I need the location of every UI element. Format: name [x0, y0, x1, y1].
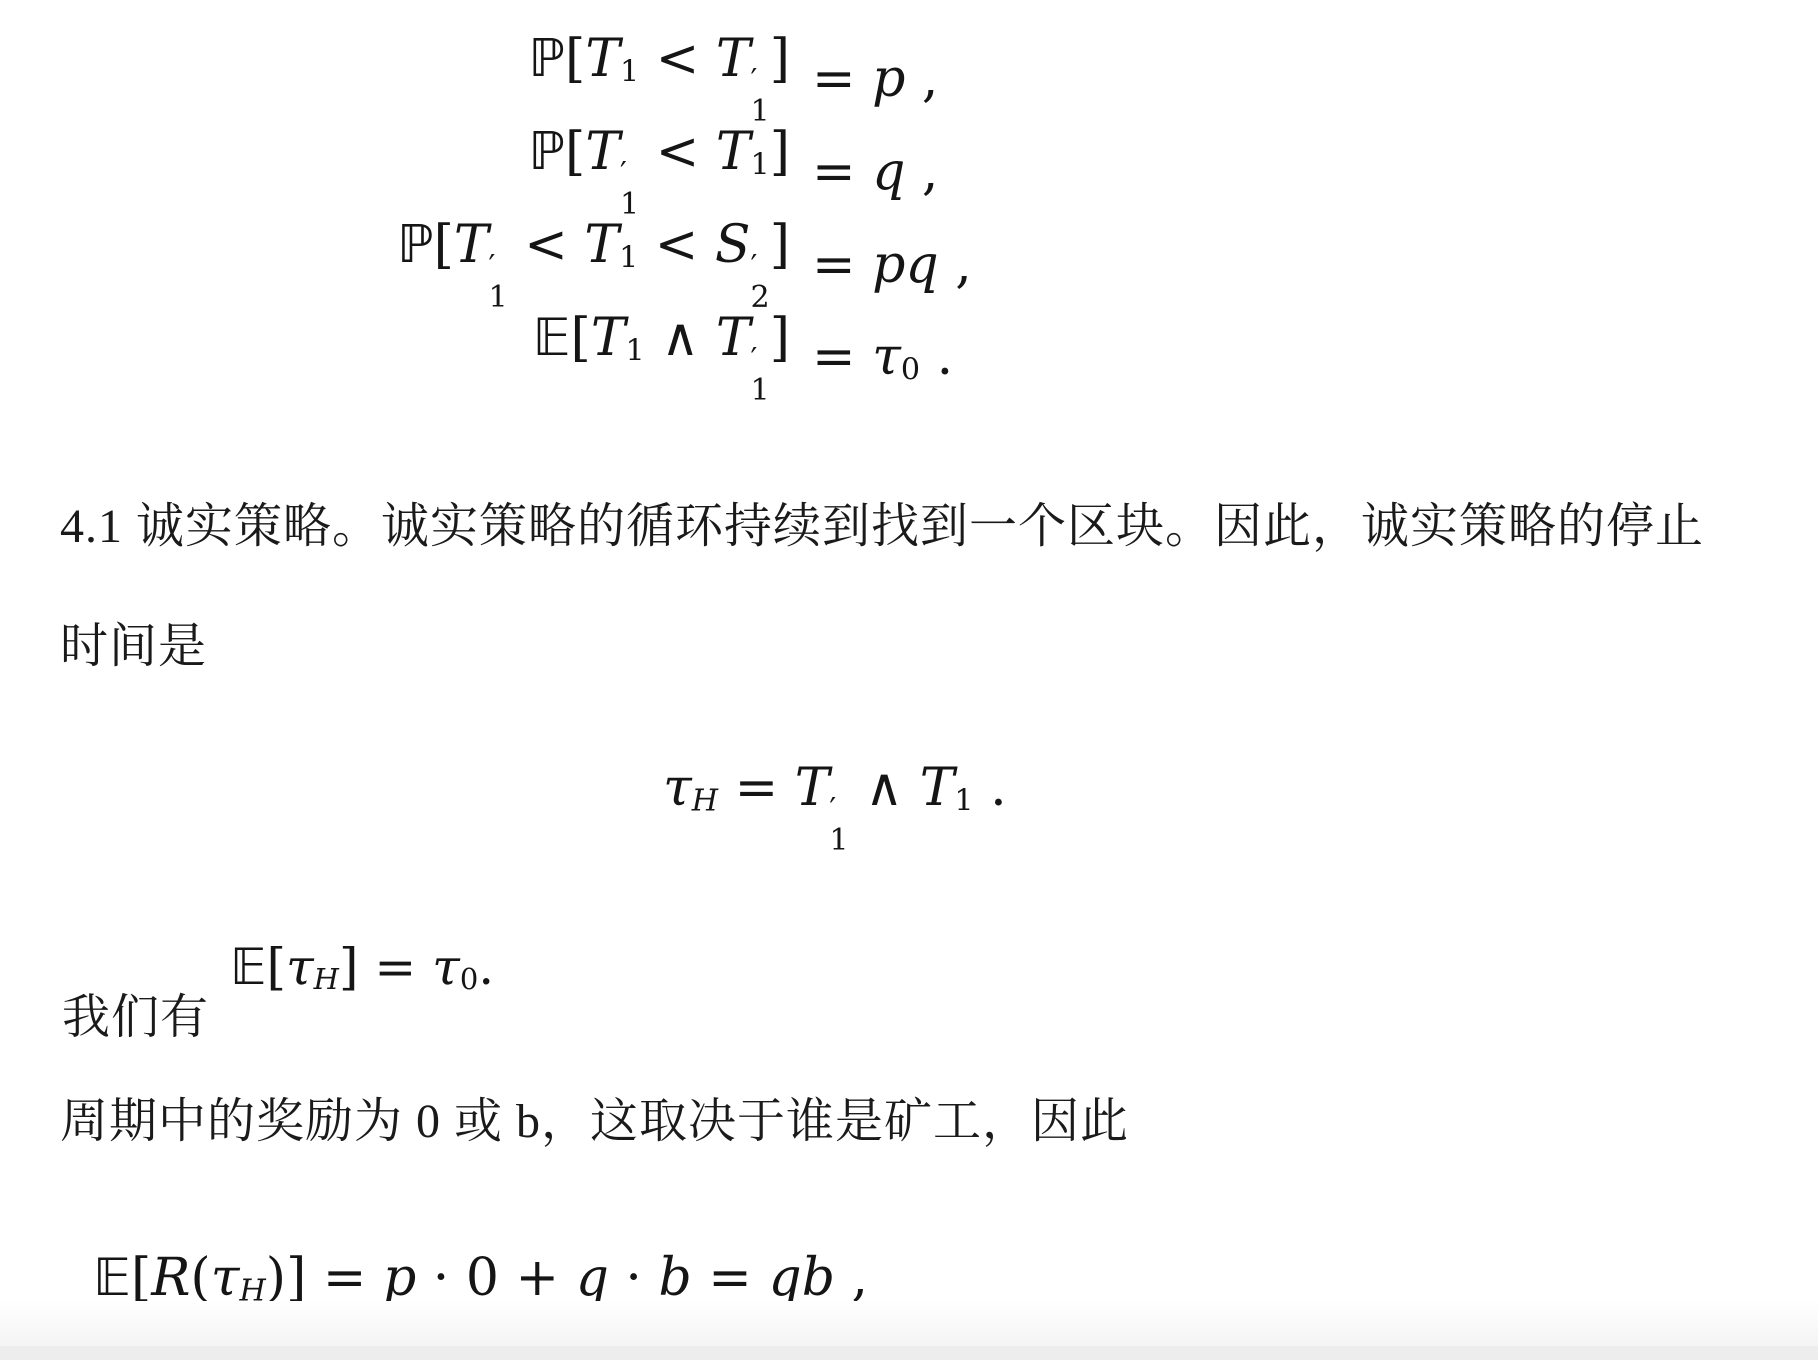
bottom-fade	[0, 1301, 1818, 1346]
probability-equations-block: ℙ[T1 < T′1] = p , ℙ[T′1 < T1] = q , ℙ[T′…	[0, 32, 1818, 404]
expected-reward-equation: 𝔼[R(τH)] = p · 0 + q · b = qb ,	[93, 1248, 868, 1308]
equation-lhs: ℙ[T′1 < T1 < S′2]	[0, 215, 790, 314]
equation-lhs: 𝔼[T1 ∧ T′1]	[0, 308, 790, 407]
reward-paragraph-line: 周期中的奖励为 0 或 b，这取决于谁是矿工，因此	[60, 1092, 1129, 1152]
equation-row-q: ℙ[T′1 < T1] = q ,	[0, 125, 1818, 218]
stopping-time-equation: τH = T′1 ∧ T1 .	[663, 758, 1007, 857]
equation-row-p: ℙ[T1 < T′1] = p ,	[0, 32, 1818, 125]
equation-row-pq: ℙ[T′1 < T1 < S′2] = pq ,	[0, 218, 1818, 311]
equation-lhs: ℙ[T′1 < T1]	[0, 122, 790, 221]
equation-row-tau0: 𝔼[T1 ∧ T′1] = τ0 .	[0, 311, 1818, 404]
we-have-text: 我们有	[62, 988, 209, 1048]
section-4-1-paragraph-line1: 4.1 诚实策略。诚实策略的循环持续到找到一个区块。因此，诚实策略的停止	[60, 497, 1704, 557]
equation-lhs: ℙ[T1 < T′1]	[0, 29, 790, 128]
equation-rhs: = q ,	[812, 142, 938, 202]
bottom-strip	[0, 1346, 1818, 1360]
equation-rhs: = p ,	[812, 49, 938, 109]
section-4-1-paragraph-line2: 时间是	[60, 617, 207, 677]
paper-page: { "page": { "background": "#ffffff", "te…	[0, 0, 1818, 1360]
equation-rhs: = pq ,	[812, 235, 972, 295]
expected-stopping-time-formula: 𝔼[τH] = τ0.	[230, 938, 494, 996]
equation-rhs: = τ0 .	[812, 327, 953, 387]
